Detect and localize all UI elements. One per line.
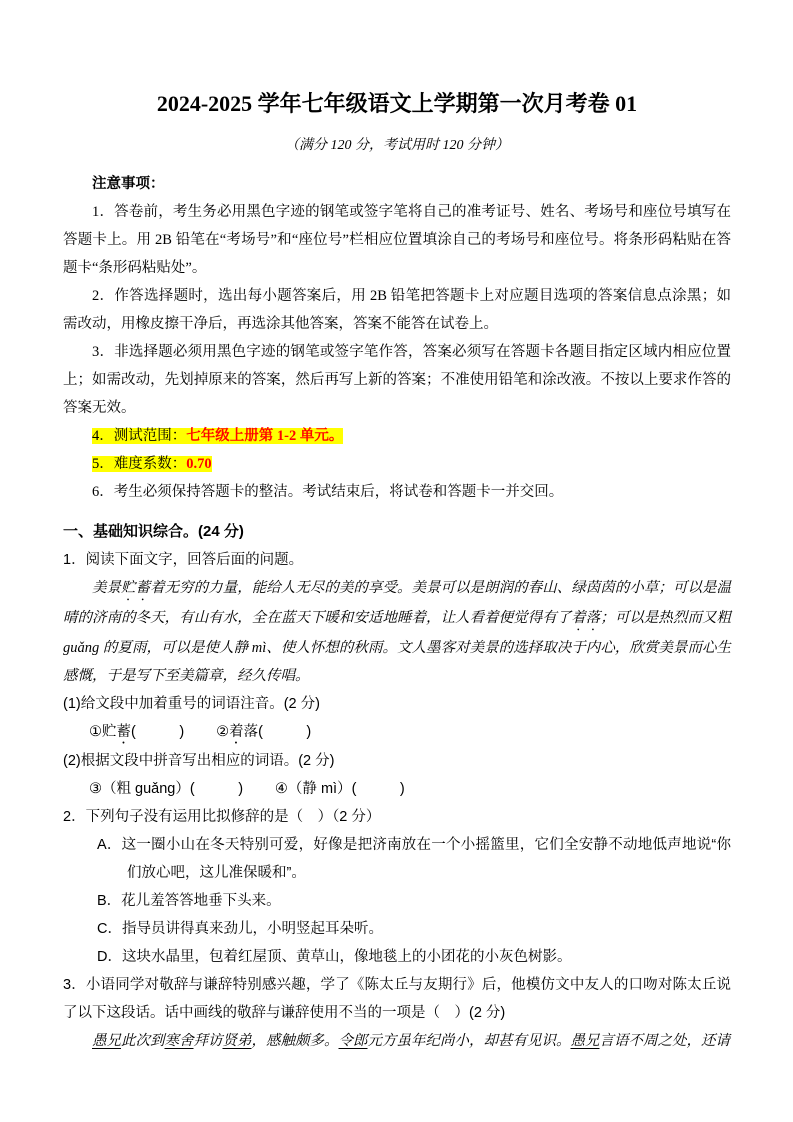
underlined-term: 寒舍 xyxy=(165,1033,194,1049)
emphasized-word-zhuoluo: 着落 xyxy=(571,610,600,626)
question-2-option-c: C．指导员讲得真来劲儿，小明竖起耳朵听。 xyxy=(97,915,731,943)
word-item-3: ③（粗 guǎng）( ) xyxy=(89,781,243,797)
pinyin-item-2-word: 落 xyxy=(244,724,259,740)
question-3-passage: 愚兄此次到寒舍拜访贤弟，感触颇多。令郎元方虽年纪尚小，却甚有见识。愚兄言语不周之… xyxy=(63,1027,731,1055)
pinyin-item-2: ②着落( ) xyxy=(216,724,311,740)
option-label: D． xyxy=(97,949,122,965)
test-scope-value: 七年级上册第 1-2 单元。 xyxy=(186,428,343,444)
notice-item-3: 3．非选择题必须用黑色字迹的钢笔或签字笔作答，答案必须写在答题卡各题目指定区域内… xyxy=(63,338,731,422)
difficulty-highlight: 5．难度系数：0.70 xyxy=(92,456,212,472)
question-3-stem: 3．小语同学对敬辞与谦辞特别感兴趣，学了《陈太丘与友期行》后，他模仿文中友人的口… xyxy=(63,971,731,1027)
passage-segment: 言语不周之处，还请 xyxy=(600,1033,731,1049)
option-label: A． xyxy=(97,837,122,853)
question-2-stem: 2．下列句子没有运用比拟修辞的是（ ）（2 分） xyxy=(63,803,731,831)
notice-heading: 注意事项： xyxy=(63,170,731,198)
underlined-term: 贤弟 xyxy=(223,1033,252,1049)
passage-segment: 拜访 xyxy=(194,1033,223,1049)
notice-item-6: 6．考生必须保持答题卡的整洁。考试结束后，将试卷和答题卡一并交回。 xyxy=(63,478,731,506)
question-1-stem: 1．阅读下面文字，回答后面的问题。 xyxy=(63,546,731,574)
option-text: 指导员讲得真来劲儿，小明竖起耳朵听。 xyxy=(122,921,383,937)
question-1-sub2-items: ③（粗 guǎng）( )④（静 mì）( ) xyxy=(89,775,731,803)
question-1-passage: 美景贮蓄着无穷的力量，能给人无尽的美的享受。美景可以是朗润的春山、绿茵茵的小草；… xyxy=(63,574,731,690)
section-1-heading: 一、基础知识综合。(24 分) xyxy=(63,518,731,546)
answer-blank: ( ) xyxy=(190,781,243,797)
option-label: B． xyxy=(97,893,121,909)
option-text: 这一圈小山在冬天特别可爱，好像是把济南放在一个小摇篮里，它们全安静不动地低声地说… xyxy=(122,837,731,881)
underlined-term: 令郎 xyxy=(339,1033,368,1049)
pinyin-item-1: ①贮蓄( ) xyxy=(89,724,184,740)
word-item-4-pinyin: ④（静 mì） xyxy=(275,781,352,797)
answer-blank: ( ) xyxy=(131,724,184,740)
pinyin-item-2-emphasized-char: 着 xyxy=(229,724,244,740)
test-scope-label: 4．测试范围： xyxy=(92,428,186,444)
option-text: 这块水晶里，包着红屋顶、黄草山，像地毯上的小团花的小灰色树影。 xyxy=(122,949,572,965)
passage-segment: 美景 xyxy=(92,580,121,596)
word-item-4: ④（静 mì）( ) xyxy=(275,781,405,797)
passage-segment: 此次到 xyxy=(121,1033,165,1049)
answer-blank: ( ) xyxy=(258,724,311,740)
notice-item-4-test-scope: 4．测试范围：七年级上册第 1-2 单元。 xyxy=(63,422,731,450)
exam-paper-page: 2024-2025 学年七年级语文上学期第一次月考卷 01 （满分 120 分，… xyxy=(0,0,793,1122)
answer-blank: ( ) xyxy=(352,781,405,797)
pinyin-item-2-number: ② xyxy=(216,724,229,740)
word-item-3-pinyin: ③（粗 guǎng） xyxy=(89,781,190,797)
pinyin-item-1-word: ①贮 xyxy=(89,724,117,740)
notice-item-5-difficulty: 5．难度系数：0.70 xyxy=(63,450,731,478)
question-1-sub1-items: ①贮蓄( )②着落( ) xyxy=(89,718,731,747)
page-title: 2024-2025 学年七年级语文上学期第一次月考卷 01 xyxy=(63,88,731,120)
test-scope-highlight: 4．测试范围：七年级上册第 1-2 单元。 xyxy=(92,428,343,444)
question-1-sub1-stem: (1)给文段中加着重号的词语注音。(2 分) xyxy=(63,690,731,718)
option-label: C． xyxy=(97,921,122,937)
notice-item-2: 2．作答选择题时，选出每小题答案后，用 2B 铅笔把答题卡上对应题目选项的答案信… xyxy=(63,282,731,338)
difficulty-label: 5．难度系数： xyxy=(92,456,186,472)
underlined-term: 愚兄 xyxy=(571,1033,600,1049)
question-2-option-a: A．这一圈小山在冬天特别可爱，好像是把济南放在一个小摇篮里，它们全安静不动地低声… xyxy=(97,831,731,887)
exam-score-duration: （满分 120 分，考试用时 120 分钟） xyxy=(63,136,731,156)
underlined-term: 愚兄 xyxy=(92,1033,121,1049)
passage-segment: 元方虽年纪尚小，却甚有见识。 xyxy=(368,1033,571,1049)
passage-segment: ，感触颇多。 xyxy=(252,1033,339,1049)
notice-item-1: 1．答卷前，考生务必用黑色字迹的钢笔或签字笔将自己的准考证号、姓名、考场号和座位… xyxy=(63,198,731,282)
difficulty-value: 0.70 xyxy=(186,456,211,472)
question-2-option-d: D．这块水晶里，包着红屋顶、黄草山，像地毯上的小团花的小灰色树影。 xyxy=(97,943,731,971)
option-text: 花儿羞答答地垂下头来。 xyxy=(121,893,281,909)
question-2-option-b: B．花儿羞答答地垂下头来。 xyxy=(97,887,731,915)
pinyin-item-1-emphasized-char: 蓄 xyxy=(117,724,132,740)
emphasized-word-zhuxu: 贮蓄 xyxy=(121,580,150,596)
question-1-sub2-stem: (2)根据文段中拼音写出相应的词语。(2 分) xyxy=(63,747,731,775)
